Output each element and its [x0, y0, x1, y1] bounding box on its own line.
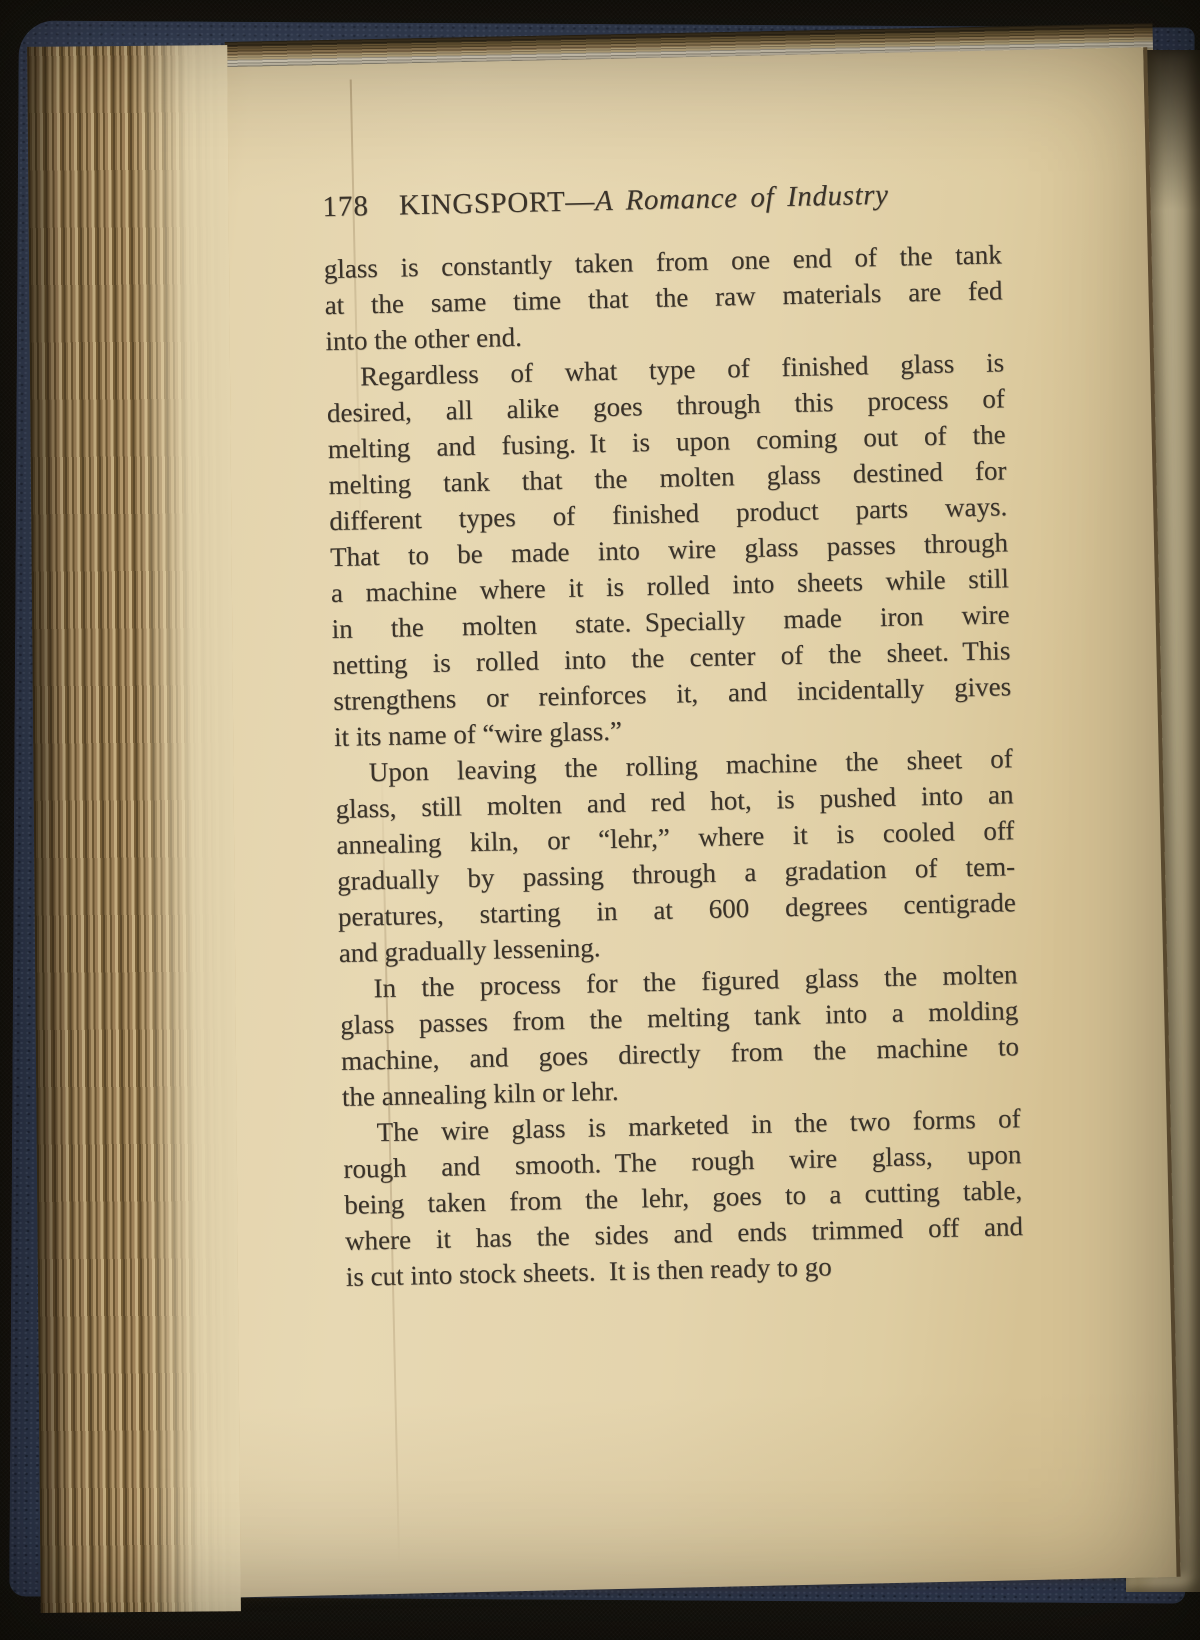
book-title: KINGSPORT—A Romance of Industry [399, 179, 889, 222]
running-header: 178KINGSPORT—A Romance of Industry [322, 169, 1147, 227]
page-number: 178 [322, 190, 369, 223]
page-content: 178KINGSPORT—A Romance of Industry glass… [133, 47, 1176, 1599]
book-title-italic: A Romance of Industry [595, 179, 889, 217]
book-page: 178KINGSPORT—A Romance of Industry glass… [133, 47, 1180, 1599]
page-text: glass is constantly taken from one end o… [323, 236, 1024, 1295]
book-photo: 178KINGSPORT—A Romance of Industry glass… [0, 0, 1200, 1640]
page-stack-fore-edges [27, 45, 241, 1613]
book-title-roman: KINGSPORT— [399, 185, 596, 221]
